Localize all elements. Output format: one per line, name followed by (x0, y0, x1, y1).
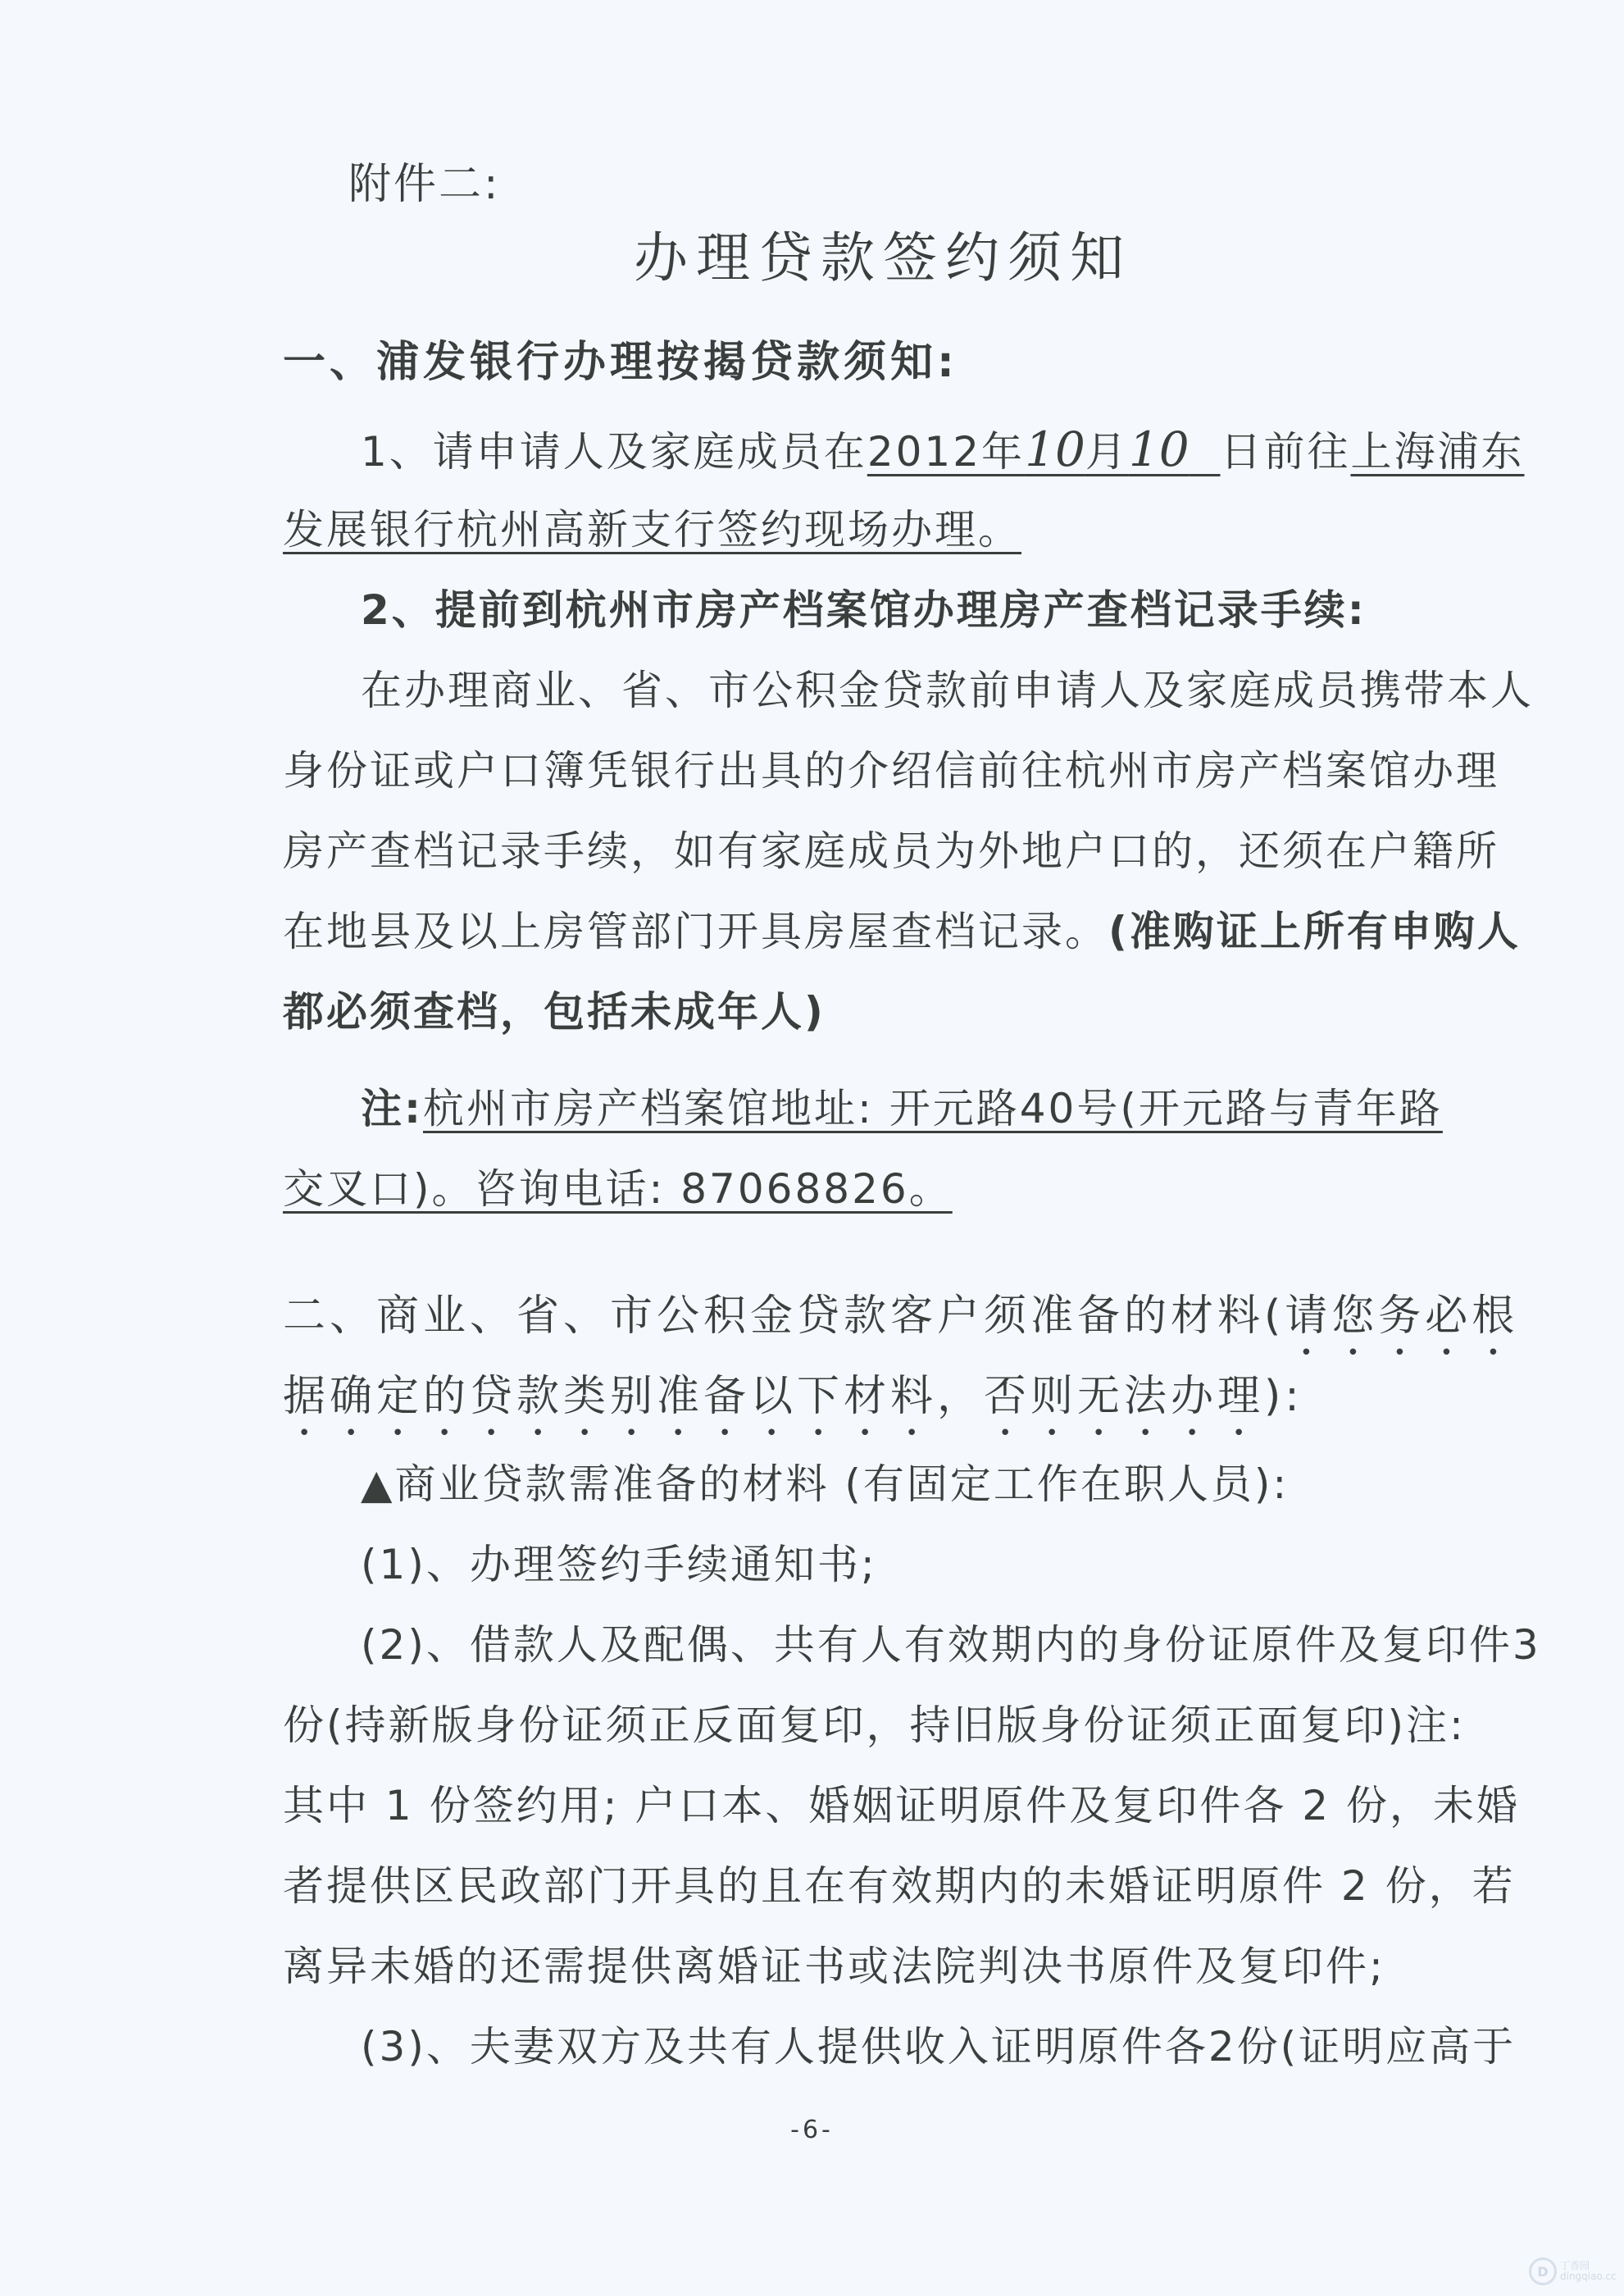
material-item-2-line4: 者提供区民政部门开具的且在有效期内的未婚证明原件 2 份，若 (283, 1861, 1406, 1911)
handwritten-day: 10 (1129, 421, 1190, 477)
page-number: -6- (0, 2116, 1624, 2144)
section1-item2-heading: 2、提前到杭州市房产档案馆办理房产查档记录手续: (361, 585, 1367, 635)
signing-date: 2012年10月10 (867, 428, 1221, 476)
signing-place-part1: 上海浦东 (1350, 428, 1524, 476)
signing-year: 2012年 (867, 428, 1025, 476)
section1-item1-line1: 1、请申请人及家庭成员在2012年10月10 日前往上海浦东 (361, 425, 1524, 476)
handwritten-month: 10 (1025, 421, 1085, 477)
item1-prefix: 1、请申请人及家庭成员在 (361, 428, 867, 476)
note-label: 注: (361, 1085, 423, 1132)
archive-phone: 交叉口)。咨询电话: 87068826。 (283, 1165, 953, 1213)
section2-heading-end: ): (1264, 1372, 1303, 1421)
watermark-text-line2: dingqiao.cc (1560, 2271, 1617, 2282)
attachment-label: 附件二: (348, 160, 501, 209)
item2-body-line4: 在地县及以上房管部门开具房屋查档记录。(准购证上所有申购人 (283, 907, 1521, 956)
section2-heading-line2: 据确定的贷款类别准备以下材料，否则无法办理): (283, 1372, 1303, 1446)
section2-heading-text: 二、商业、省、市公积金贷款客户须准备的材料( (283, 1291, 1285, 1341)
material-item-3-line1: (3)、夫妻双方及共有人提供收入证明原件各2份(证明应高于 (361, 2022, 1406, 2071)
item2-body-line3: 房产查档记录手续，如有家庭成员为外地户口的，还须在户籍所 (283, 827, 1406, 876)
material-item-2-line1: (2)、借款人及配偶、共有人有效期内的身份证原件及复印件3 (361, 1620, 1406, 1670)
archive-note-line2: 交叉口)。咨询电话: 87068826。 (283, 1164, 953, 1214)
section2-heading-emphasis2: 据确定的贷款类别准备以下材料，否则无法办理 (283, 1372, 1264, 1421)
month-char: 月 (1085, 428, 1129, 476)
commercial-loan-subheading: ▲商业贷款需准备的材料 (有固定工作在职人员): (361, 1460, 1289, 1509)
item2-body-line5: 都必须查档，包括未成年人) (283, 987, 826, 1036)
item2-line4-text: 在地县及以上房管部门开具房屋查档记录。 (283, 908, 1108, 955)
section2-heading-line1: 二、商业、省、市公积金贷款客户须准备的材料(请您务必根 (283, 1291, 1518, 1365)
material-item-1: (1)、办理签约手续通知书; (361, 1540, 877, 1589)
section1-heading: 一、浦发银行办理按揭贷款须知: (283, 338, 958, 387)
document-title: 办理贷款签约须知 (634, 225, 1132, 291)
item1-mid: 前往 (1263, 428, 1350, 476)
document-page: 附件二: 办理贷款签约须知 一、浦发银行办理按揭贷款须知: 1、请申请人及家庭成… (0, 0, 1624, 2296)
watermark-logo-icon: D (1529, 2257, 1557, 2285)
item2-line4-emphasis: (准购证上所有申购人 (1108, 908, 1521, 955)
signing-place-part2: 发展银行杭州高新支行签约现场办理。 (283, 506, 1021, 553)
watermark-text: 丁香园 dingqiao.cc (1560, 2261, 1617, 2282)
material-item-2-line5: 离异未婚的还需提供离婚证书或法院判决书原件及复印件; (283, 1942, 1385, 1991)
day-char: 日 (1220, 428, 1263, 476)
archive-note-line1: 注:杭州市房产档案馆地址: 开元路40号(开元路与青年路 (361, 1084, 1443, 1133)
archive-address: 杭州市房产档案馆地址: 开元路40号(开元路与青年路 (423, 1085, 1443, 1132)
section2-heading-emphasis1: 请您务必根 (1285, 1291, 1518, 1341)
section1-item1-line2: 发展银行杭州高新支行签约现场办理。 (283, 505, 1021, 554)
item2-body-line2: 身份证或户口簿凭银行出具的介绍信前往杭州市房产档案馆办理 (283, 746, 1406, 795)
item2-body-line1: 在办理商业、省、市公积金贷款前申请人及家庭成员携带本人 (361, 666, 1406, 715)
material-item-2-line3: 其中 1 份签约用; 户口本、婚姻证明原件及复印件各 2 份，未婚 (283, 1781, 1406, 1830)
site-watermark: D 丁香园 dingqiao.cc (1529, 2253, 1619, 2289)
material-item-2-line2: 份(持新版身份证须正反面复印，持旧版身份证须正面复印)注: (283, 1701, 1406, 1750)
